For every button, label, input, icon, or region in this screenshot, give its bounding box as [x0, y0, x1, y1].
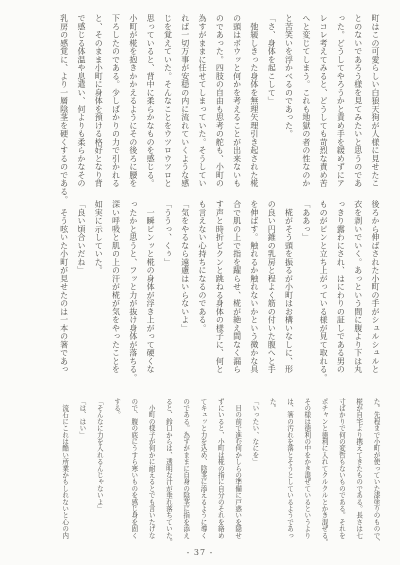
text-line: ると、鈴口からは、透明な汁が垂れ落ちていた。	[159, 398, 176, 545]
text-line: 小町が椛を抱きかかえるようにその後ろに腰を	[125, 14, 142, 190]
text-line: 思っていると、背中に柔らかなものを感じる。	[142, 14, 159, 190]
text-line: レコレ考えてみると、どうしても苛烈な責め苦	[315, 14, 332, 190]
text-line: 椛がそう頭を振るが小町はお構いなしに、形	[280, 200, 297, 392]
text-line: へと変じてしまう。これも地獄の者の性なのか	[298, 14, 315, 190]
text-line: と苦笑いを浮かべるのであった。	[280, 14, 297, 190]
text-line: 「さ、身体を起こして」	[263, 14, 280, 190]
text-line: のであった。四肢の自由も思考の舵も、小町の	[211, 14, 228, 190]
text-line: 「いったい、なにを」	[246, 398, 263, 545]
text-line: そう呟いた小町が見せたのは一本の箸であっ	[55, 200, 72, 392]
text-line: 寸ばかりで何の変哲もないものである。それを	[332, 398, 349, 545]
text-line: 為すがままに任せてしまっていた。そうしてい	[194, 14, 211, 190]
text-line: その様は徳利の中をかき混ぜているというより	[298, 398, 315, 545]
page-number: - 37 -	[0, 548, 400, 557]
text-line: と、そのまま小町に身体を預ける格好となり背	[90, 14, 107, 190]
text-line: じを覚えていた。そんなことをウツロウツロと	[159, 14, 176, 190]
text-line: 「ああっ」	[298, 200, 315, 392]
text-line: 流石にこれは酷い所業かもしれないと心の内	[55, 398, 72, 545]
text-line: 「は、はい」	[73, 398, 90, 545]
text-line: 町はこの可愛らしい白狼天狗が人様に見せたこ	[367, 14, 384, 190]
text-line: 椛が自宅より携えてきたものである。長さは七	[349, 398, 366, 545]
text-line: 深い呼吸と肌の上の汗が椛が気をやったことを	[107, 200, 124, 392]
text-line: 弛緩しきった身体を無理矢理引き起された椛	[246, 14, 263, 190]
text-block-bottom: た。先程まで小町が使っていた漆塗りのもので、椛が自宅より携えてきたものである。長…	[50, 398, 384, 545]
text-line: 乳房の感覚に、より一層陰茎を硬くするのである。	[55, 14, 72, 190]
text-line: 如実に示していた。	[90, 200, 107, 392]
text-line: 「良い頃合いだね」	[73, 200, 90, 392]
text-line: の頭はボウッと何かを考えることが出来ないも	[228, 14, 245, 190]
text-line: 「そんなに力を入れるんじゃないよ」	[90, 398, 107, 545]
text-line: ったかと思うと、フッと力が抜け身体が落ちる。	[125, 200, 142, 392]
text-line: は、箸の汚れを落とそうとしているようであっ	[280, 398, 297, 545]
text-line: 合で肌の上で指を躍らせ、椛が絶え間なく漏ら	[228, 200, 245, 392]
text-block-middle: 後ろから伸ばされた小町の手がシュルシュルと衣を剥いでいく。あっという間に腹より下…	[50, 200, 384, 392]
text-line: た。先程まで小町が使っていた漆塗りのもので、	[367, 398, 384, 545]
text-line: れば一切万事が安穏の内に流れていくような感	[176, 14, 193, 190]
text-line: 「ううっ、くぅ」	[159, 200, 176, 392]
text-line: 「気をやるなら遠慮はいらないよ」	[176, 200, 193, 392]
text-line: す声と時折ビクンと跳ねる身体の様子に、何と	[211, 200, 228, 392]
text-line: 後ろから伸ばされた小町の手がシュルシュルと	[367, 200, 384, 392]
text-line: ずにいると、小町は椛の指に自分のそれを絡め	[211, 398, 228, 545]
text-line: てキュッと力を込め、陰茎に添えるように導く	[194, 398, 211, 545]
text-line: た。	[263, 398, 280, 545]
text-line: の良い円錐の乳房と程よく筋の付いた腹へと手	[263, 200, 280, 392]
book-page: 町はこの可愛らしい白狼天狗が人様に見せたことのないであろう様を見てみたいと思うの…	[0, 0, 400, 565]
text-line: で感じる体温や息遣い、何よりも柔らかなその	[73, 14, 90, 190]
text-line: 一瞬ピンッと椛の身体が浮き上がって硬くな	[142, 200, 159, 392]
text-line: 衣を剥いでいく。あっという間に腹より下は丸	[349, 200, 366, 392]
text-line: 目の前で進む何かしらの準備に戸惑いを隠せ	[228, 398, 245, 545]
text-line: のである。為すがままに自身の陰茎に指を添え	[176, 398, 193, 545]
text-line: ものがピンと立ち上がっている様が見て取れる。	[315, 200, 332, 392]
text-line: を伸ばす。触れるか触れないかという微かな具	[246, 200, 263, 392]
text-line: とのないであろう様を見てみたいと思うのであ	[349, 14, 366, 190]
text-line: 小町の様子が何かに耐えるとでも言いたげな	[142, 398, 159, 545]
text-block-top: 町はこの可愛らしい白狼天狗が人様に見せたことのないであろう様を見てみたいと思うの…	[50, 14, 384, 190]
text-line: も言えない心持ちになるのである。	[194, 200, 211, 392]
text-line: する。	[107, 398, 124, 545]
text-line: った。どうしてやろうかと責め手を緩めずにア	[332, 14, 349, 190]
text-line: ので、腹の底にうすら寒いものを感じ身を固く	[125, 398, 142, 545]
text-line: ポチャンと徳利に入れてクルクルとかき混ぜる。	[315, 398, 332, 545]
text-line: 下ろしたのである。少しばかりの力で引かれる	[107, 14, 124, 190]
text-line: っきり露わにされ、はにわりの証しである男の	[332, 200, 349, 392]
